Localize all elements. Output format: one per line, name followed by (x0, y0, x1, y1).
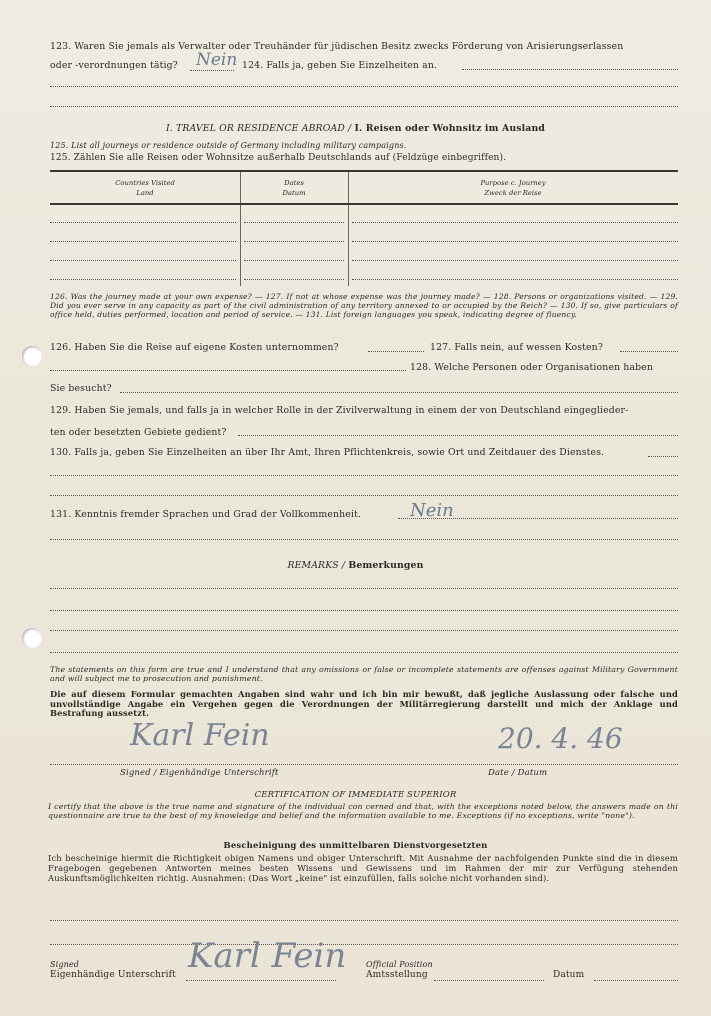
date-label: Date / Datum (488, 768, 547, 778)
header-purpose: Purpose c. Journey Zweck der Reise (348, 178, 678, 198)
declaration-en: The statements on this form are true and… (50, 665, 678, 683)
signature-label: Signed / Eigenhändige Unterschrift (120, 768, 279, 778)
question-129-line1: 129. Haben Sie jemals, und falls ja in w… (50, 405, 628, 416)
declaration-de: Die auf diesem Formular gemachten Angabe… (50, 690, 678, 719)
position-label-en: Official Position (366, 960, 433, 969)
question-123-line1: 123. Waren Sie jemals als Verwalter oder… (50, 41, 623, 52)
certification-title-de: Bescheinigung des unmittelbaren Dienstvo… (0, 841, 711, 851)
question-130: 130. Falls ja, geben Sie Einzelheiten an… (50, 447, 604, 458)
signature-line (50, 764, 678, 765)
table-cell[interactable] (50, 260, 236, 261)
table-cell[interactable] (50, 279, 236, 280)
section-title-en: I. TRAVEL OR RESIDENCE ABROAD / (166, 123, 351, 134)
punch-hole (22, 628, 42, 648)
answer-line[interactable] (50, 86, 678, 87)
answer-124-line[interactable] (462, 69, 678, 70)
remarks-title-de: Bemerkungen (348, 560, 423, 571)
question-126: 126. Haben Sie die Reise auf eigene Kost… (50, 342, 339, 353)
answer-130-line[interactable] (648, 456, 678, 457)
question-123-line2: oder -verordnungen tätig? (50, 60, 178, 71)
superior-signed-label-en: Signed (50, 960, 79, 969)
question-128-cont: Sie besucht? (50, 383, 112, 394)
applicant-date[interactable]: 20. 4. 46 (498, 722, 623, 755)
answer-131[interactable]: Nein (410, 500, 454, 521)
question-127: 127. Falls nein, auf wessen Kosten? (430, 342, 603, 353)
superior-date-field[interactable] (594, 980, 678, 981)
superior-date-label: Datum (553, 970, 584, 980)
table-cell[interactable] (352, 279, 678, 280)
instructions-126-131-en: 126. Was the journey made at your own ex… (50, 292, 678, 319)
answer-129-line[interactable] (238, 435, 678, 436)
certification-title-en: CERTIFICATION OF IMMEDIATE SUPERIOR (0, 790, 711, 800)
punch-hole (22, 346, 42, 366)
certification-text-de: Ich bescheinige hiermit die Richtigkeit … (48, 853, 678, 883)
table-cell[interactable] (352, 241, 678, 242)
superior-signature[interactable]: Karl Fein (188, 936, 346, 976)
answer-line[interactable] (50, 475, 678, 476)
remarks-title-en: REMARKS / (287, 560, 345, 571)
answer-127-cont-line[interactable] (50, 370, 406, 371)
answer-123[interactable]: Nein (196, 50, 237, 70)
section-travel-title: I. TRAVEL OR RESIDENCE ABROAD / I. Reise… (0, 123, 711, 134)
answer-line[interactable] (50, 106, 678, 107)
header-countries: Countries Visited Land (50, 178, 240, 198)
remarks-title: REMARKS / Bemerkungen (0, 560, 711, 571)
table-cell[interactable] (50, 241, 236, 242)
question-128: 128. Welche Personen oder Organisationen… (410, 362, 653, 373)
question-125-en: 125. List all journeys or residence outs… (50, 141, 406, 150)
superior-signature-line (186, 980, 336, 981)
answer-127-line[interactable] (620, 351, 678, 352)
answer-128-line[interactable] (120, 392, 678, 393)
table-cell[interactable] (352, 260, 678, 261)
table-cell[interactable] (244, 222, 344, 223)
question-129-line2: ten oder besetzten Gebiete gedient? (50, 427, 227, 438)
table-cell[interactable] (352, 222, 678, 223)
superior-signed-label-de: Eigenhändige Unterschrift (50, 970, 176, 980)
questionnaire-page: 123. Waren Sie jemals als Verwalter oder… (0, 0, 711, 1016)
answer-line[interactable] (50, 539, 678, 540)
table-cell[interactable] (50, 222, 236, 223)
header-dates: Dates Datum (240, 178, 348, 198)
table-cell[interactable] (244, 279, 344, 280)
question-124: 124. Falls ja, geben Sie Einzelheiten an… (242, 60, 437, 71)
answer-line[interactable] (50, 495, 678, 496)
position-field[interactable] (434, 980, 544, 981)
table-cell[interactable] (244, 260, 344, 261)
certification-text-en: I certify that the above is the true nam… (48, 802, 678, 820)
applicant-signature[interactable]: Karl Fein (130, 718, 270, 753)
question-131: 131. Kenntnis fremder Sprachen und Grad … (50, 509, 361, 520)
section-title-de: I. Reisen oder Wohnsitz im Ausland (354, 123, 545, 134)
answer-123-line (190, 70, 234, 71)
question-125-de: 125. Zählen Sie alle Reisen oder Wohnsit… (50, 153, 506, 163)
answer-126-line[interactable] (368, 351, 424, 352)
table-cell[interactable] (244, 241, 344, 242)
position-label-de: Amtsstellung (366, 970, 428, 980)
